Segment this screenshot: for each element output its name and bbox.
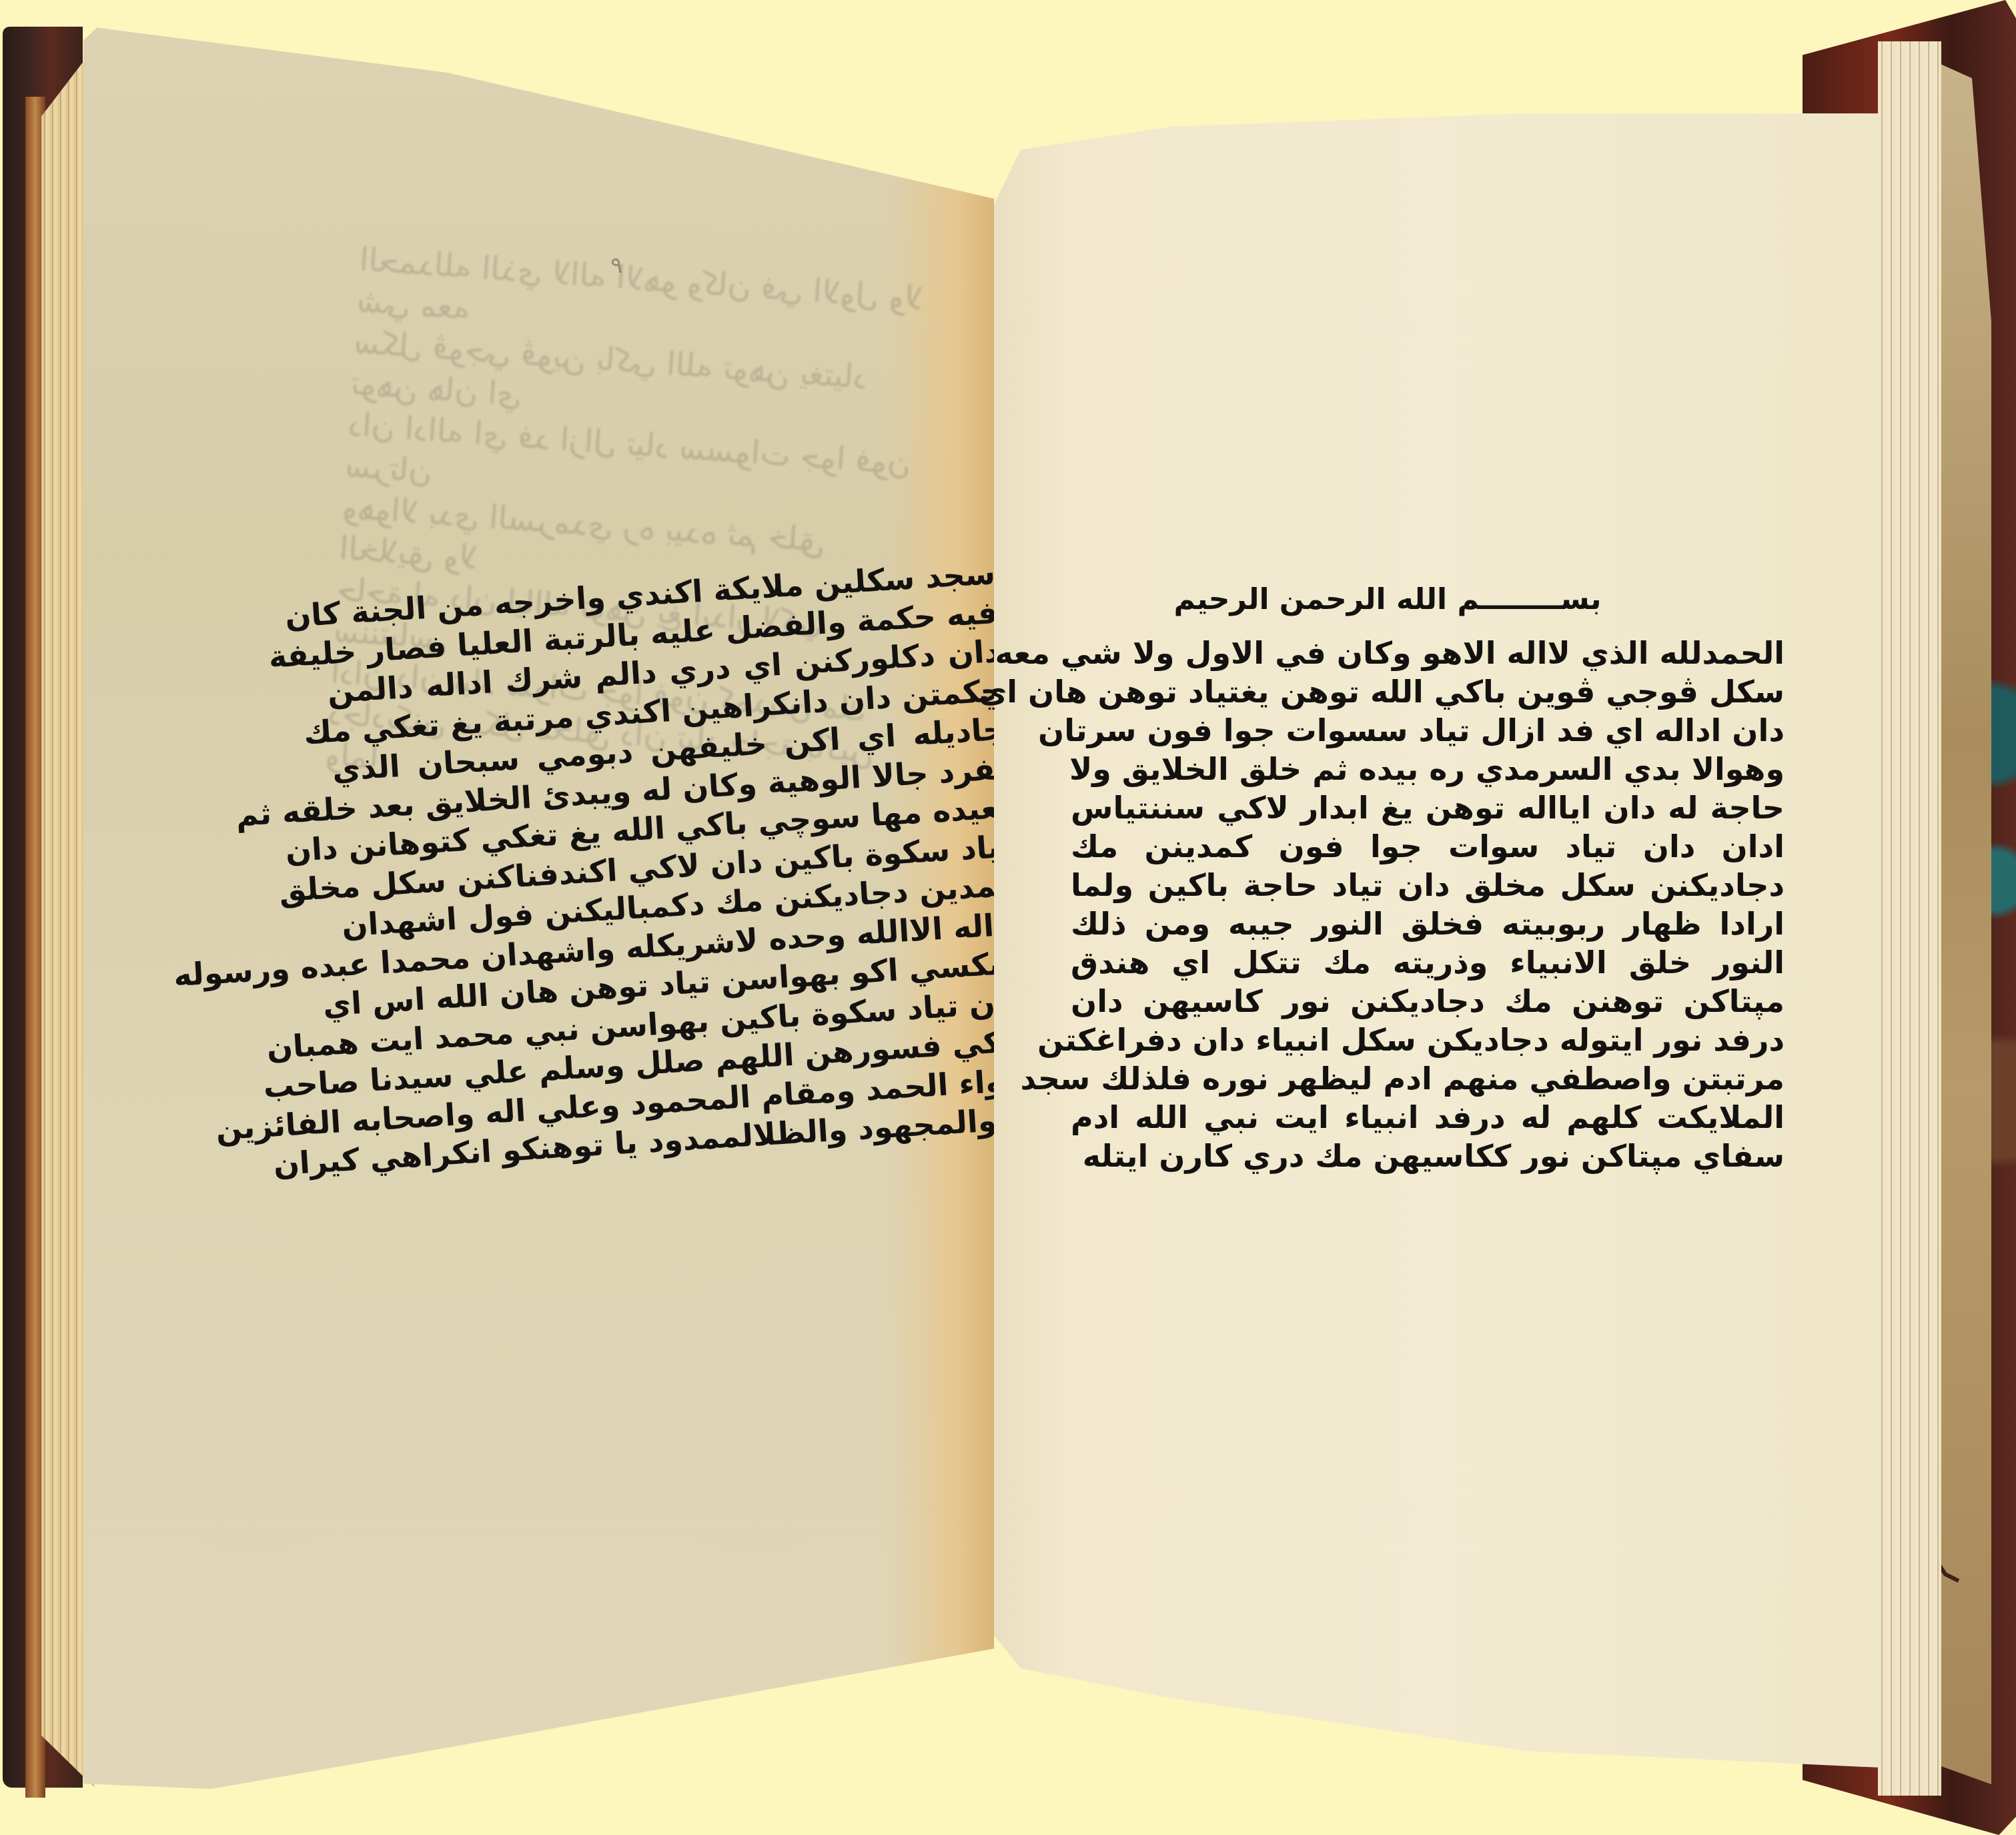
text-line: الملايكت كلهم له درفد انبياء ايت نبي الل… [1071, 1098, 1785, 1137]
right-page-stack [1878, 41, 1941, 1796]
right-page-text: بســــــــم الله الرحمن الرحيم الحمدلله … [1071, 580, 1785, 1175]
text-line: دان اداله اي فد ازال تياد سسوات جوا فون … [1071, 711, 1785, 750]
text-line: وهوالا بدي السرمدي ره بيده ثم خلق الخلاي… [1071, 750, 1785, 788]
text-line: دجاديكنن سكل مخلق دان تياد حاجة باكين ول… [1071, 866, 1785, 904]
show-through-text: الحمدلله الذي لااله الاهو وكان في الاول … [341, 239, 947, 572]
text-line: ارادا ظهار ربوبيته فخلق النور جيبه ومن ذ… [1071, 904, 1785, 943]
left-page-text: سجد سكلين ملايكة اكندي واخرجه من الجنة ك… [322, 554, 1030, 1179]
text-line: مپتاكن توهنن مك دجاديكنن نور كاسيهن دان [1071, 982, 1785, 1021]
text-line: النور خلق الانبياء وذريته مك تتكل اي هند… [1071, 943, 1785, 982]
basmala-heading: بســــــــم الله الرحمن الرحيم [1071, 580, 1704, 619]
open-book-photo: ٩ الحمدلله الذي لااله الاهو وكان في الاو… [0, 0, 2016, 1835]
text-line: ادان دان تياد سوات جوا فون كمدينن مك [1071, 827, 1785, 866]
text-line: الحمدلله الذي لااله الاهو وكان في الاول … [1071, 634, 1785, 672]
text-line: حاجة له دان ايااله توهن يغ ابدار لاكي سن… [1071, 788, 1785, 827]
text-line: سفاي مپتاكن نور ككاسيهن مك دري كارن ايتل… [1071, 1137, 1785, 1175]
text-line: سكل ڤوجي ڤوين باكي الله توهن يغتياد توهن… [1071, 672, 1785, 711]
text-line: مرتبتن واصطفي منهم ادم ليظهر نوره فلذلك … [1071, 1059, 1785, 1098]
text-line: درفد نور ايتوله دجاديكن سكل انبياء دان د… [1071, 1021, 1785, 1059]
